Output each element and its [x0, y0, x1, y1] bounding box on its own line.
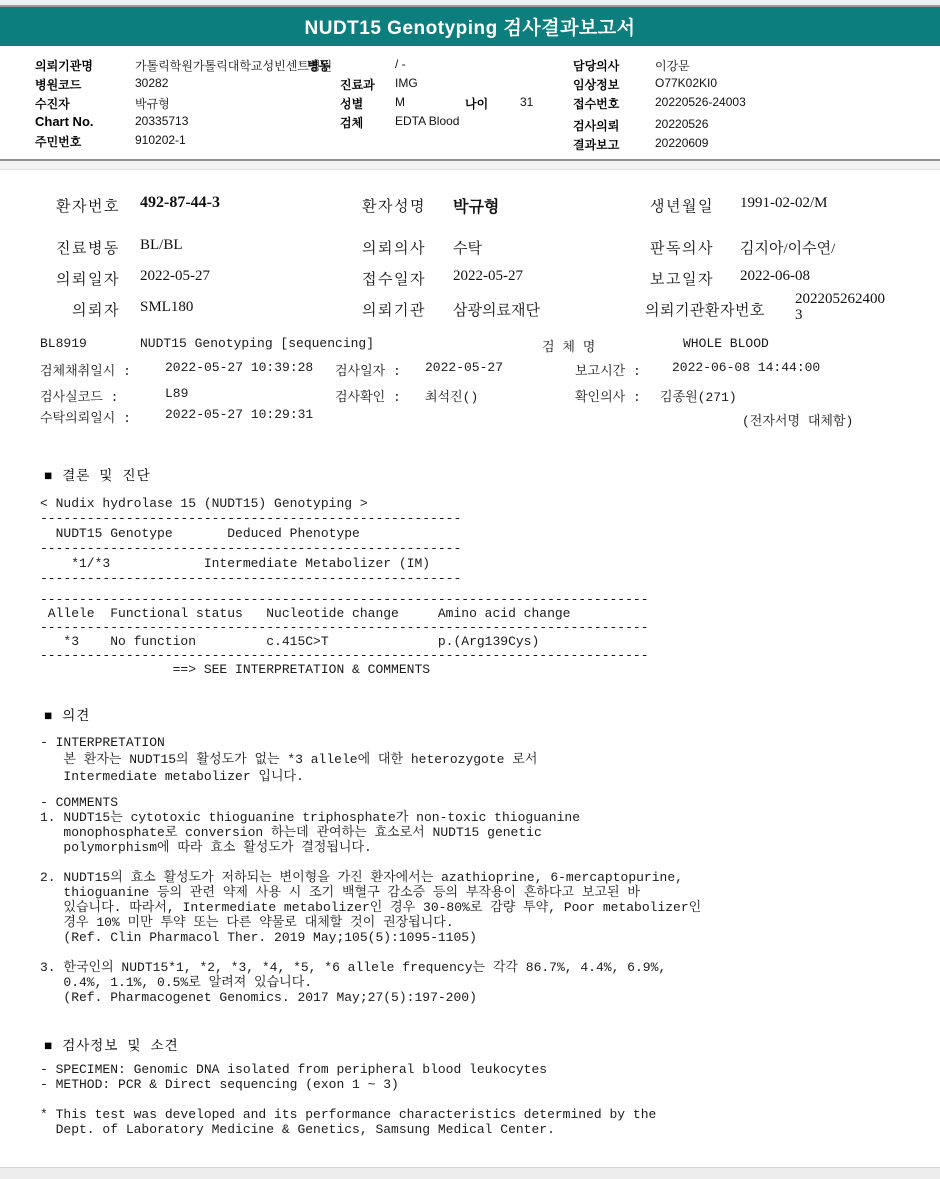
section-divider-band [0, 161, 940, 170]
patient-name-value: 박규형 [453, 194, 499, 217]
birth-date-value: 1991-02-02/M [740, 195, 828, 212]
esign-note: (전자서명 대체함) [742, 410, 853, 429]
opinion-heading: ■ 의견 [44, 704, 90, 725]
page-title: NUDT15 Genotyping 검사결과보고서 [305, 13, 636, 40]
receipt-date-value: 2022-05-27 [453, 268, 523, 285]
requester-value: SML180 [140, 299, 193, 316]
test-order-date-value: 20220526 [655, 117, 708, 131]
report-title-banner: NUDT15 Genotyping 검사결과보고서 [0, 7, 940, 46]
clinical-info-value: O77K02KI0 [655, 76, 717, 90]
entrusted-datetime-value: 2022-05-27 10:29:31 [165, 407, 313, 422]
specimen-type-value: EDTA Blood [395, 114, 459, 128]
examinee-label: 수진자 [35, 95, 70, 112]
test-date-label: 검사일자 : [335, 360, 401, 379]
receipt-no-label: 접수번호 [573, 95, 619, 112]
bottom-window-strip [0, 1167, 940, 1179]
org-patient-no-value: 2022052624003 [795, 291, 889, 323]
specimen-name-label: 검 체 명 [542, 336, 595, 355]
receipt-date-label: 접수일자 [362, 268, 426, 289]
test-order-date-label: 검사의뢰 [573, 117, 619, 134]
hospital-code-label: 병원코드 [35, 76, 81, 93]
care-ward-label: 진료병동 [38, 237, 120, 258]
referring-org-label: 의뢰기관 [362, 299, 426, 320]
patient-no-label: 환자번호 [38, 195, 120, 216]
patient-no-value: 492-87-44-3 [140, 194, 220, 212]
request-date-value: 2022-05-27 [140, 268, 210, 285]
attending-doctor-label: 담당의사 [573, 57, 619, 74]
referring-org-value: 삼광의료재단 [453, 299, 540, 320]
resident-id-value: 910202-1 [135, 133, 186, 147]
sex-value: M [395, 95, 405, 109]
request-date-label: 의뢰일자 [38, 268, 120, 289]
report-date-value: 2022-06-08 [740, 268, 810, 285]
specimen-type-label: 검체 [340, 114, 363, 131]
clinical-info-label: 임상정보 [573, 76, 619, 93]
report-time-label: 보고시간 : [575, 360, 641, 379]
test-code: BL8919 [40, 336, 87, 351]
result-report-date-value: 20220609 [655, 136, 708, 150]
resident-id-label: 주민번호 [35, 133, 81, 150]
result-report-date-label: 결과보고 [573, 136, 619, 153]
top-window-strip [0, 0, 940, 7]
report-time-value: 2022-06-08 14:44:00 [672, 360, 820, 375]
hospital-code-value: 30282 [135, 76, 168, 90]
confirm-doctor-label: 확인의사 : [575, 386, 641, 405]
collected-datetime-label: 검체채취일시 : [40, 360, 131, 379]
confirm-doctor-value: 김종원(271) [660, 386, 737, 405]
attending-doctor-value: 이강문 [655, 57, 690, 74]
test-method-text: - SPECIMEN: Genomic DNA isolated from pe… [40, 1062, 656, 1137]
report-date-label: 보고일자 [650, 268, 714, 289]
lab-code-value: L89 [165, 386, 188, 401]
test-method-heading: ■ 검사정보 및 소견 [44, 1034, 179, 1055]
verified-by-label: 검사확인 : [335, 386, 401, 405]
lab-code-label: 검사실코드 : [40, 386, 118, 405]
care-ward-value: BL/BL [140, 237, 183, 254]
requesting-org-label: 의뢰기관명 [35, 57, 93, 74]
ward-label: 병동 [307, 57, 330, 74]
requester-label: 의뢰자 [38, 299, 120, 320]
org-patient-no-label: 의뢰기관환자번호 [645, 299, 765, 320]
receipt-no-value: 20220526-24003 [655, 95, 746, 109]
reading-doctor-value: 김지아/이수연/ [740, 237, 835, 258]
requesting-org-value: 가톨릭학원가톨릭대학교성빈센트병원 [135, 57, 332, 74]
chart-no-value: 20335713 [135, 114, 188, 128]
patient-name-label: 환자성명 [362, 195, 426, 216]
age-label: 나이 [465, 95, 488, 112]
verified-by-value: 최석진() [425, 386, 478, 405]
specimen-name-value: WHOLE BLOOD [683, 336, 769, 351]
test-date-value: 2022-05-27 [425, 360, 503, 375]
entrusted-datetime-label: 수탁의뢰일시 : [40, 407, 131, 426]
reading-doctor-label: 판독의사 [650, 237, 714, 258]
genotype-table: < Nudix hydrolase 15 (NUDT15) Genotyping… [40, 496, 461, 586]
department-label: 진료과 [340, 76, 375, 93]
chart-no-label: Chart No. [35, 114, 94, 129]
referring-doctor-value: 수탁 [453, 237, 482, 258]
test-name: NUDT15 Genotyping [sequencing] [140, 336, 374, 351]
comments-text: - COMMENTS 1. NUDT15는 cytotoxic thioguan… [40, 795, 701, 1005]
birth-date-label: 생년월일 [650, 195, 714, 216]
sex-label: 성별 [340, 95, 363, 112]
nudt15-genotyping-report: { "banner": { "title": "NUDT15 Genotypin… [0, 0, 940, 1179]
referring-doctor-label: 의뢰의사 [362, 237, 426, 258]
allele-table: ----------------------------------------… [40, 593, 649, 677]
age-value: 31 [520, 95, 533, 109]
department-value: IMG [395, 76, 418, 90]
ward-value: / - [395, 57, 406, 71]
conclusion-heading: ■ 결론 및 진단 [44, 464, 151, 485]
interpretation-text: - INTERPRETATION 본 환자는 NUDT15의 활성도가 없는 *… [40, 734, 537, 785]
collected-datetime-value: 2022-05-27 10:39:28 [165, 360, 313, 375]
examinee-value: 박규형 [135, 95, 170, 112]
